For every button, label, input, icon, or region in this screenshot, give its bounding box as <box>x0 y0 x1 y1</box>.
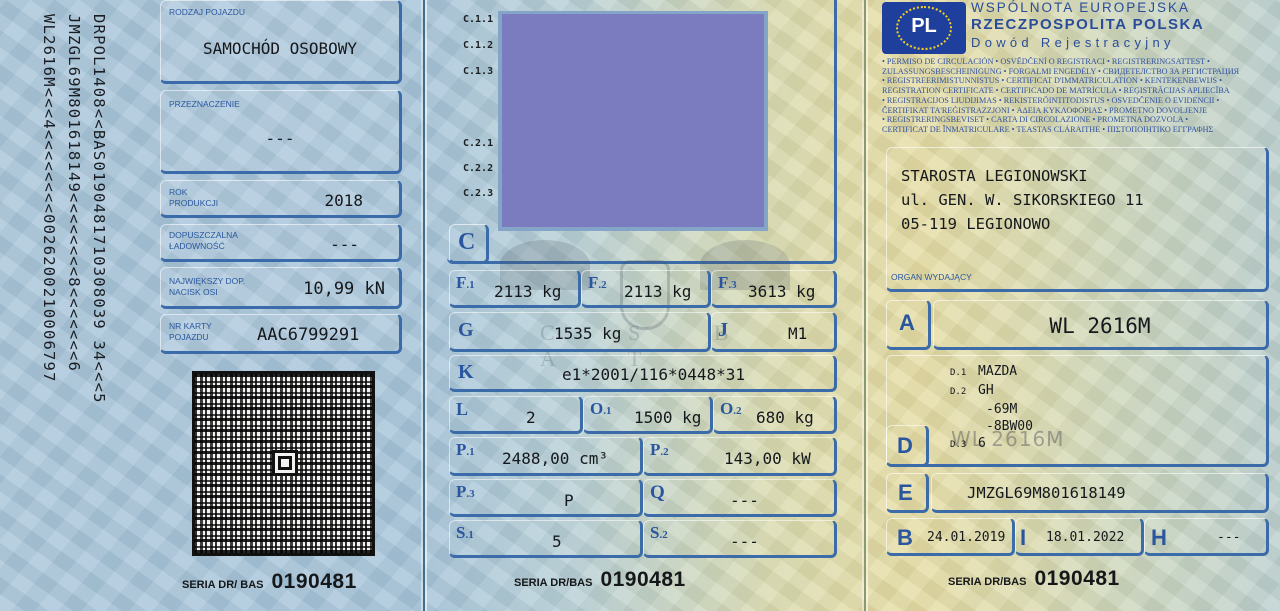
code-p3: P.3 <box>456 482 475 502</box>
seria-value: 0190481 <box>600 568 685 592</box>
field-label: DOPUSZCZALNAŁADOWNOŚĆ <box>169 230 238 252</box>
header-community: WSPÓLNOTA EUROPEJSKA <box>971 0 1190 15</box>
value-p1: 2488,00 cm³ <box>502 449 608 468</box>
field-value: 10,99 kN <box>303 279 385 299</box>
field-o1: O.1 1500 kg <box>583 396 713 434</box>
code-o2: O.2 <box>720 399 741 419</box>
field-value: SAMOCHÓD OSOBOWY <box>161 39 399 58</box>
code-l: L <box>456 399 468 420</box>
field-s1: S.1 5 <box>449 520 643 558</box>
vin-value: JMZGL69M801618149 <box>967 484 1126 502</box>
value-p2: 143,00 kW <box>724 449 811 468</box>
label-c13: C.1.3 <box>463 66 493 77</box>
code-c: C <box>458 229 475 256</box>
authority-line: STAROSTA LEGIONOWSKI <box>901 164 1144 188</box>
field-f3: F.3 3613 kg <box>711 270 837 308</box>
registration-date: 18.01.2022 <box>1046 530 1124 545</box>
seria-number: SERIA DR/BAS 0190481 <box>948 567 1120 591</box>
row-s: S.1 5 S.2 --- <box>449 520 837 558</box>
field-o2: O.2 680 kg <box>713 396 837 434</box>
field-label: PRZEZNACZENIE <box>169 99 240 110</box>
translation-line: CERTIFICAT DE ÎNMATRICULARE • TEASTAS CL… <box>882 125 1274 135</box>
field-nr-karty-pojazdu: NR KARTYPOJAZDU AAC6799291 <box>160 314 402 354</box>
field-l: L 2 <box>449 396 583 434</box>
field-s2: S.2 --- <box>643 520 837 558</box>
issuing-authority-label: ORGAN WYDAJĄCY <box>891 272 972 283</box>
header-document-title: Dowód Rejestracyjny <box>971 35 1175 50</box>
row-p3-q: P.3 P Q --- <box>449 479 837 517</box>
seria-number: SERIA DR/BAS 0190481 <box>514 568 686 592</box>
mrz-line-2: JMZGL69M801618149<<<<<<<<8<<<<<<<6 <box>61 14 86 404</box>
code-box-c: C <box>449 224 489 264</box>
field-value: 2018 <box>324 191 363 210</box>
validity-value: --- <box>1217 530 1240 545</box>
field-validity: H --- <box>1144 518 1269 556</box>
value-f2: 2113 kg <box>624 282 691 301</box>
value-o2: 680 kg <box>756 408 814 427</box>
aztec-barcode <box>192 371 375 556</box>
value-o1: 1500 kg <box>634 408 701 427</box>
code-s2: S.2 <box>650 523 668 543</box>
field-label: ROKPRODUKCJI <box>169 187 218 209</box>
field-p1: P.1 2488,00 cm³ <box>449 437 643 476</box>
code-box-e: E <box>886 473 929 513</box>
seria-number: SERIA DR/ BAS 0190481 <box>182 570 357 594</box>
value-l: 2 <box>526 408 536 427</box>
translation-line: • PERMISO DE CIRCULACIÓN • OSVĚDČENÍ O R… <box>882 57 1274 67</box>
value-f1: 2113 kg <box>494 282 561 301</box>
field-rodzaj-pojazdu: RODZAJ POJAZDU SAMOCHÓD OSOBOWY <box>160 0 402 84</box>
value-f3: 3613 kg <box>748 282 815 301</box>
seria-label: SERIA DR/ BAS <box>182 579 264 591</box>
country-code: PL <box>882 15 966 38</box>
field-value: --- <box>161 129 399 148</box>
fold-line <box>423 0 425 611</box>
label-c23: C.2.3 <box>463 188 493 199</box>
code-h: H <box>1151 525 1167 551</box>
field-dopuszczalna-ladownosc: DOPUSZCZALNAŁADOWNOŚĆ --- <box>160 224 402 262</box>
code-f3: F.3 <box>718 273 737 293</box>
field-rok-produkcji: ROKPRODUKCJI 2018 <box>160 180 402 218</box>
field-j: J M1 <box>711 312 837 352</box>
eu-flag-icon: PL <box>882 2 966 54</box>
d3-line: D.36 <box>950 435 1033 454</box>
row-f: F.1 2113 kg F.2 2113 kg F.3 3613 kg <box>449 270 837 308</box>
issuing-authority-address: STAROSTA LEGIONOWSKI ul. GEN. W. SIKORSK… <box>901 164 1144 236</box>
code-f2: F.2 <box>588 273 607 293</box>
value-p3: P <box>564 491 574 510</box>
field-label: RODZAJ POJAZDU <box>169 7 245 18</box>
value-s2: --- <box>730 532 759 551</box>
code-d: D <box>897 433 913 459</box>
label-c22: C.2.2 <box>463 163 493 174</box>
code-o1: O.1 <box>590 399 611 419</box>
translation-line: ZULASSUNGSBESCHEINIGUNG • FORGALMI ENGED… <box>882 67 1274 77</box>
d2-line: D.2GH <box>950 382 1033 401</box>
seria-value: 0190481 <box>1034 567 1119 591</box>
code-k: K <box>458 361 474 384</box>
field-registration-date: I 18.01.2022 <box>1015 518 1144 556</box>
field-g: G 1535 kg <box>449 312 711 352</box>
machine-readable-zone: DRPOL1408<<BAS0190481710308039 34<<<5 JM… <box>36 14 111 404</box>
label-c12: C.1.2 <box>463 40 493 51</box>
code-p2: P.2 <box>650 440 669 460</box>
code-f1: F.1 <box>456 273 475 293</box>
field-label: NR KARTYPOJAZDU <box>169 321 212 343</box>
mrz-line-3: WL2616M<<<4<<<<<<<<0026200210006797 <box>36 14 61 404</box>
field-przeznaczenie: PRZEZNACZENIE --- <box>160 90 402 174</box>
code-b: B <box>897 525 913 551</box>
field-q: Q --- <box>643 479 837 517</box>
field-f1: F.1 2113 kg <box>449 270 581 308</box>
code-box-a: A <box>886 300 931 350</box>
field-first-registration-date: B 24.01.2019 <box>886 518 1015 556</box>
seria-label: SERIA DR/BAS <box>948 576 1026 588</box>
row-k: K e1*2001/116*0448*31 <box>449 355 837 392</box>
field-p2: P.2 143,00 kW <box>643 437 837 476</box>
value-s1: 5 <box>552 532 562 551</box>
row-p1-p2: P.1 2488,00 cm³ P.2 143,00 kW <box>449 437 837 476</box>
authority-line: 05-119 LEGIONOWO <box>901 212 1144 236</box>
document-title-translations: • PERMISO DE CIRCULACIÓN • OSVĚDČENÍ O R… <box>882 57 1274 135</box>
registration-number: WL 2616M <box>934 314 1266 338</box>
code-i: I <box>1020 525 1026 551</box>
first-registration-date: 24.01.2019 <box>927 530 1005 545</box>
value-g: 1535 kg <box>554 324 621 343</box>
redacted-holder-info <box>502 14 764 227</box>
seria-value: 0190481 <box>272 570 357 594</box>
d2-variant: -69M <box>950 401 1033 418</box>
aztec-bullseye <box>272 450 298 476</box>
translation-line: • REGISTRERINGSBEVISET • CARTA DI CIRCOL… <box>882 115 1274 125</box>
seria-label: SERIA DR/BAS <box>514 577 592 589</box>
field-value: AAC6799291 <box>257 325 359 345</box>
issuing-authority: STAROSTA LEGIONOWSKI ul. GEN. W. SIKORSK… <box>886 147 1269 292</box>
authority-line: ul. GEN. W. SIKORSKIEGO 11 <box>901 188 1144 212</box>
value-j: M1 <box>788 324 807 343</box>
code-p1: P.1 <box>456 440 475 460</box>
field-p3: P.3 P <box>449 479 643 517</box>
header-country: RZECZPOSPOLITA POLSKA <box>971 16 1204 33</box>
field-vin: JMZGL69M801618149 <box>931 473 1269 513</box>
code-s1: S.1 <box>456 523 474 543</box>
field-k: K e1*2001/116*0448*31 <box>449 355 837 392</box>
value-k: e1*2001/116*0448*31 <box>562 365 745 384</box>
value-q: --- <box>730 491 759 510</box>
translation-line: ČERTIFIKAT TA'REĠISTRAZZJONI • ΑΔΕΙΑ ΚΥΚ… <box>882 106 1274 116</box>
code-q: Q <box>650 482 665 504</box>
fold-line <box>864 0 866 611</box>
label-c11: C.1.1 <box>463 14 493 25</box>
code-a: A <box>899 310 915 336</box>
field-f2: F.2 2113 kg <box>581 270 711 308</box>
code-e: E <box>898 480 913 506</box>
label-c21: C.2.1 <box>463 138 493 149</box>
row-g-j: G 1535 kg J M1 <box>449 312 837 352</box>
d2-version: -8BW00 <box>950 418 1033 435</box>
code-j: J <box>718 319 728 342</box>
d1-line: D.1MAZDA <box>950 363 1033 382</box>
field-value: --- <box>330 235 359 254</box>
translation-line: • REGISTRACIJOS LIUDIJIMAS • REKISTERÖIN… <box>882 96 1274 106</box>
code-box-d: D <box>886 425 929 467</box>
vehicle-make-type-values: D.1MAZDA D.2GH -69M -8BW00 D.36 <box>950 363 1033 454</box>
code-g: G <box>458 319 474 342</box>
translation-line: • REGISTREERIMISTUNNISTUS • CERTIFICAT D… <box>882 76 1274 86</box>
field-vehicle-make-type <box>886 355 1269 467</box>
field-label: NAJWIĘKSZY DOP.NACISK OSI <box>169 276 245 298</box>
row-l-o: L 2 O.1 1500 kg O.2 680 kg <box>449 396 837 434</box>
translation-line: REGISTRATION CERTIFICATE • CERTIFICADO D… <box>882 86 1274 96</box>
field-registration-number: WL 2616M <box>933 300 1269 350</box>
mrz-line-1: DRPOL1408<<BAS0190481710308039 34<<<5 <box>86 14 111 404</box>
field-najwiekszy-nacisk-osi: NAJWIĘKSZY DOP.NACISK OSI 10,99 kN <box>160 267 402 309</box>
